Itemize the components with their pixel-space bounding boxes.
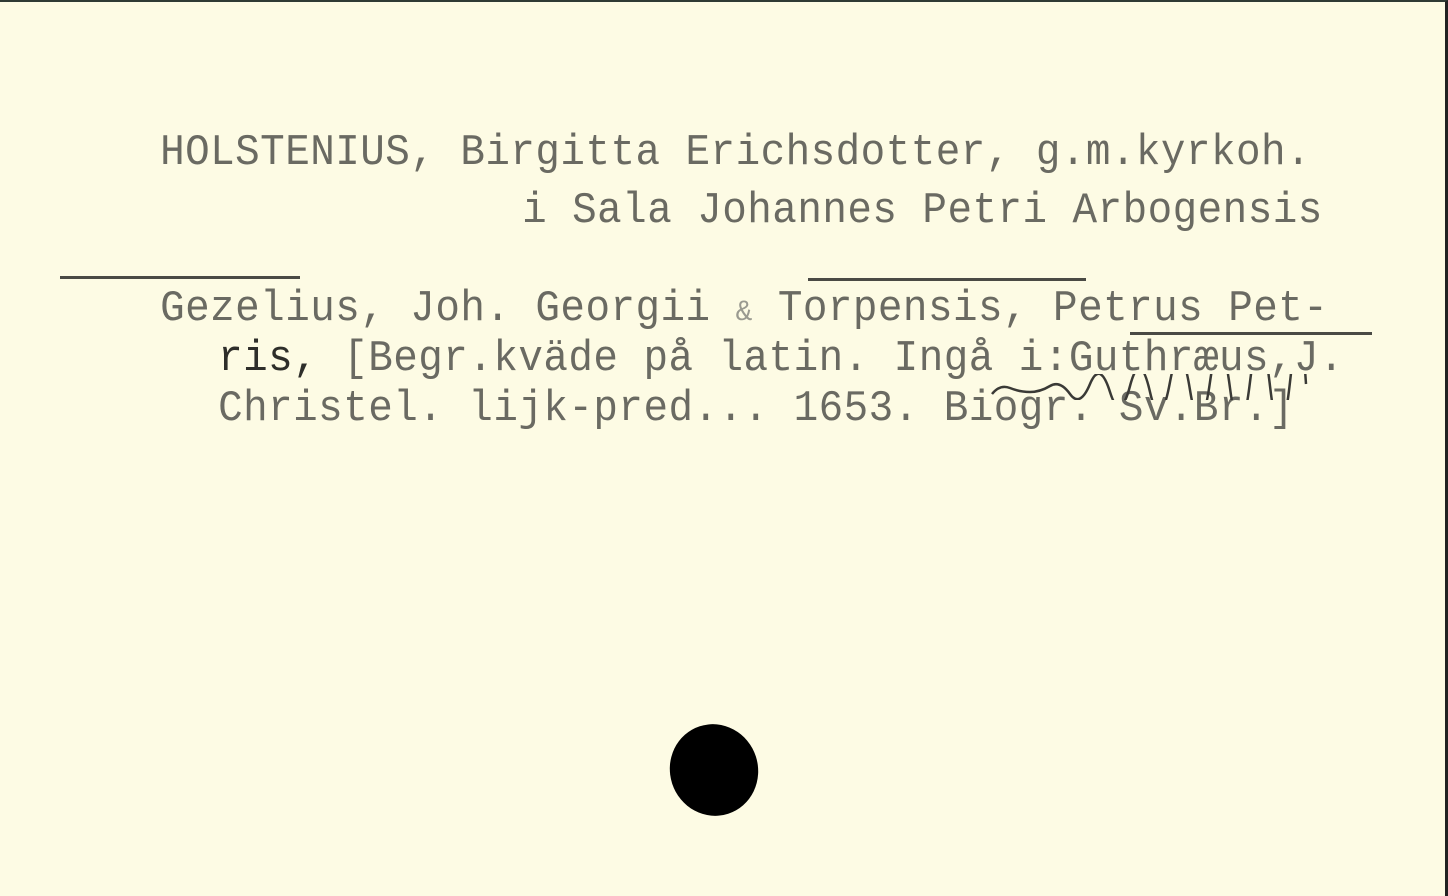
filing-hole-icon [658,713,770,828]
wavy-underline [990,374,1310,400]
reference-line-3: Christel. lijk-pred... 1653. Biogr. Sv.B… [118,334,1294,484]
heading-spouse: i Sala Johannes Petri Arbogensis [522,186,1323,236]
heading-surname: HOLSTENIUS, [160,128,435,178]
coauthor-underline [808,278,1086,281]
author-underline [60,276,300,279]
catalog-card: HOLSTENIUS, Birgitta Erichsdotter, g.m.k… [0,0,1448,896]
